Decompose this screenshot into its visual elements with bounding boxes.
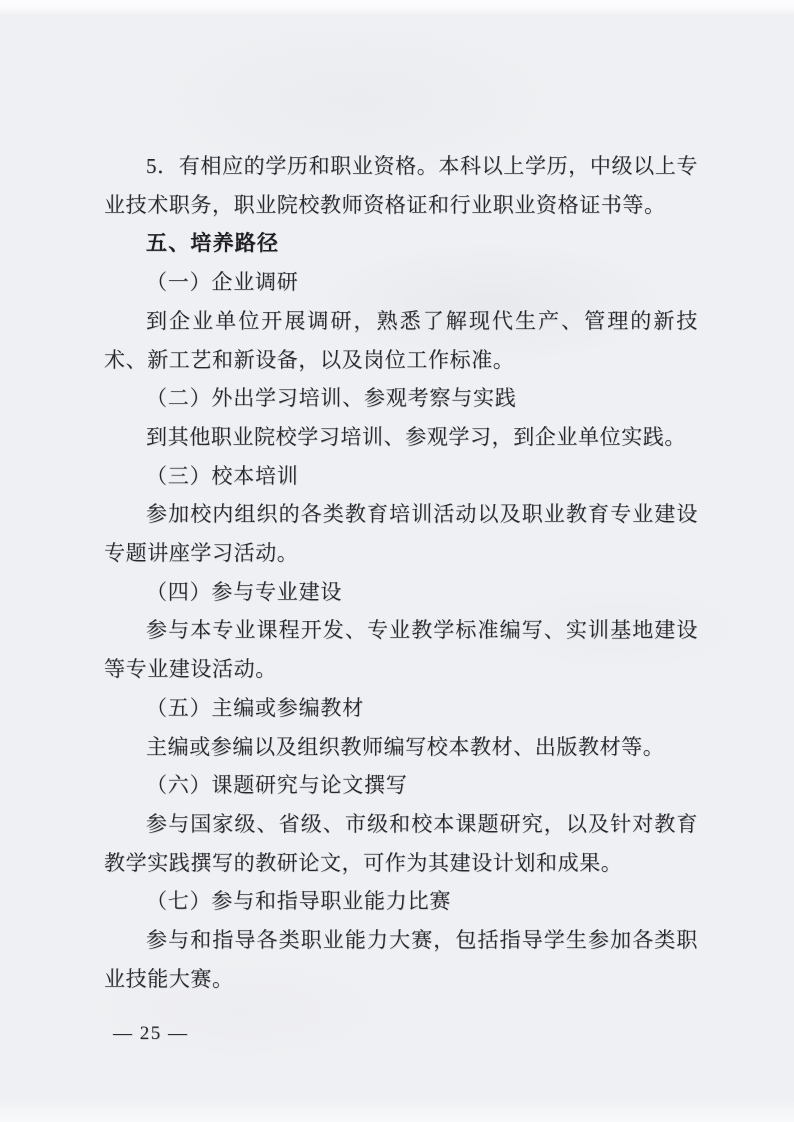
subsection-heading: （二）外出学习培训、参观考察与实践 [104, 379, 698, 418]
document-text-block: 5．有相应的学历和职业资格。本科以上学历，中级以上专业技术职务，职业院校教师资格… [104, 147, 698, 998]
body-paragraph: 主编或参编以及组织教师编写校本教材、出版教材等。 [104, 728, 698, 767]
section-heading: 五、培养路径 [104, 224, 698, 263]
body-paragraph: 到其他职业院校学习培训、参观学习，到企业单位实践。 [104, 418, 698, 457]
page-number: — 25 — [113, 1020, 189, 1048]
subsection-heading: （三）校本培训 [104, 457, 698, 496]
body-paragraph: 到企业单位开展调研，熟悉了解现代生产、管理的新技术、新工艺和新设备，以及岗位工作… [104, 302, 698, 379]
body-paragraph: 参与和指导各类职业能力大赛，包括指导学生参加各类职业技能大赛。 [104, 921, 698, 998]
subsection-heading: （五）主编或参编教材 [104, 689, 698, 728]
scanned-document-page: 5．有相应的学历和职业资格。本科以上学历，中级以上专业技术职务，职业院校教师资格… [0, 0, 794, 1122]
subsection-heading: （一）企业调研 [104, 263, 698, 302]
subsection-heading: （七）参与和指导职业能力比赛 [104, 882, 698, 921]
body-paragraph: 参加校内组织的各类教育培训活动以及职业教育专业建设专题讲座学习活动。 [104, 495, 698, 572]
body-paragraph: 参与本专业课程开发、专业教学标准编写、实训基地建设等专业建设活动。 [104, 611, 698, 688]
subsection-heading: （四）参与专业建设 [104, 573, 698, 612]
body-paragraph: 5．有相应的学历和职业资格。本科以上学历，中级以上专业技术职务，职业院校教师资格… [104, 147, 698, 224]
subsection-heading: （六）课题研究与论文撰写 [104, 766, 698, 805]
body-paragraph: 参与国家级、省级、市级和校本课题研究，以及针对教育教学实践撰写的教研论文，可作为… [104, 805, 698, 882]
